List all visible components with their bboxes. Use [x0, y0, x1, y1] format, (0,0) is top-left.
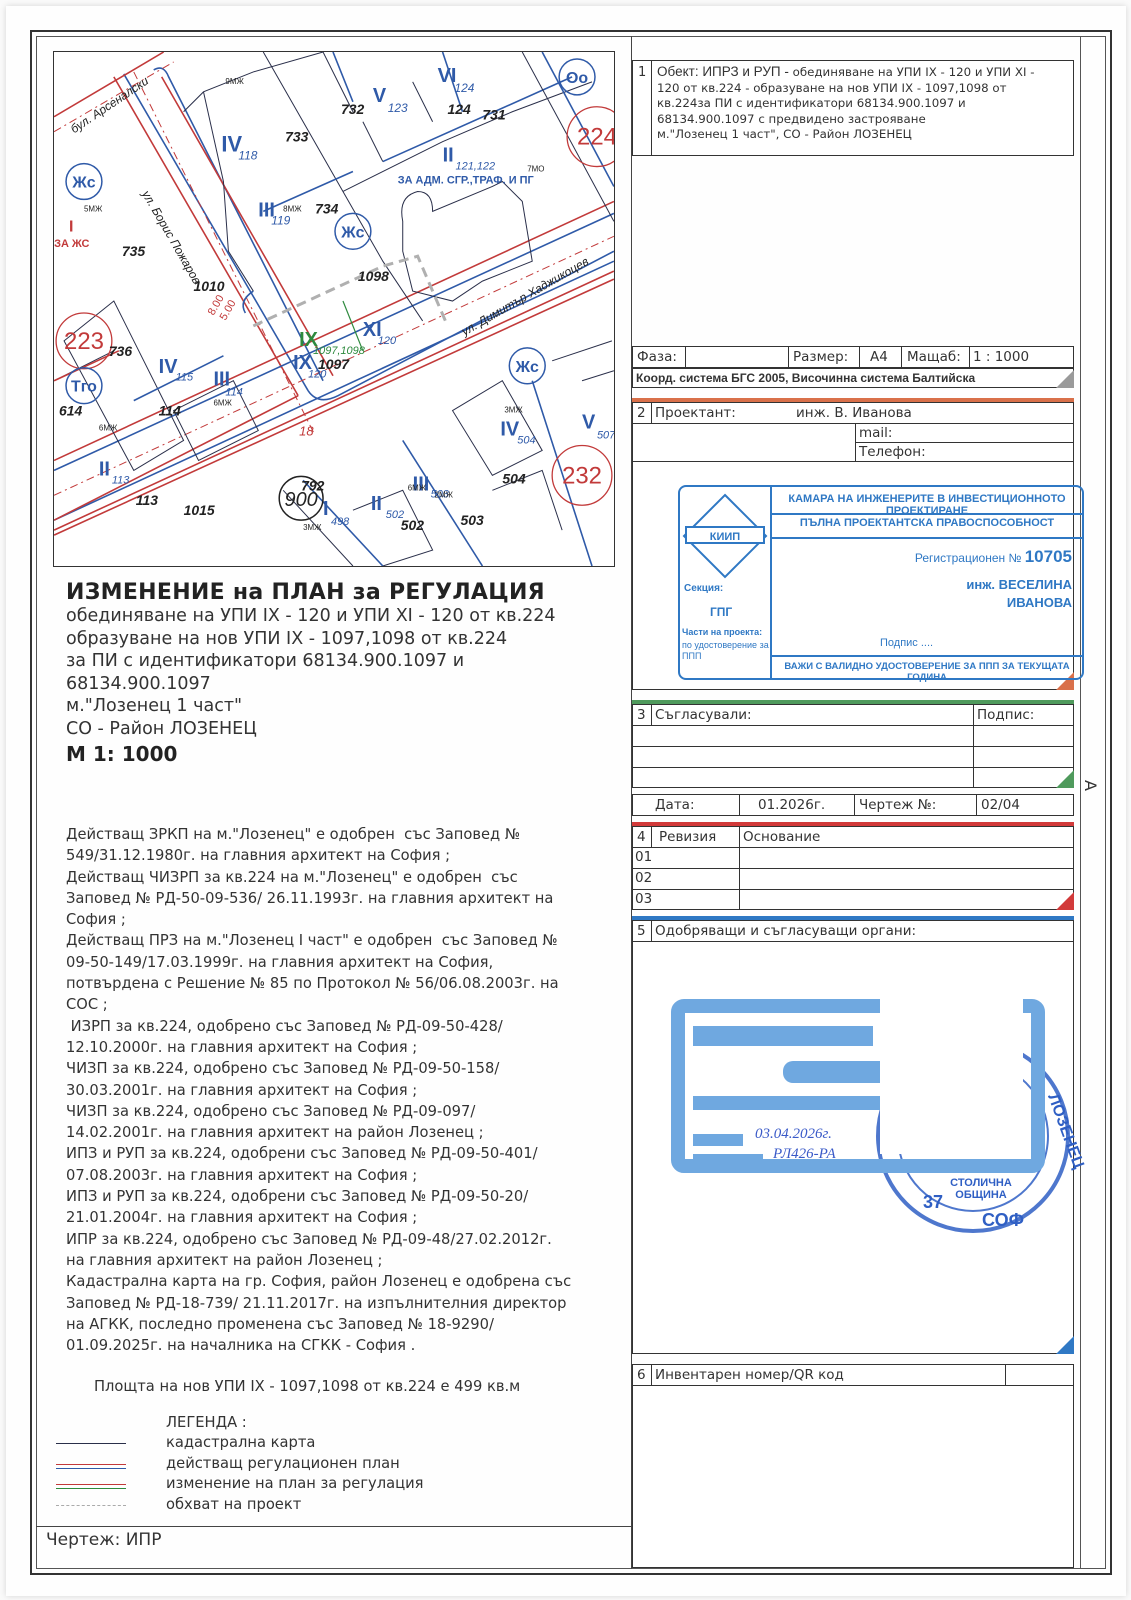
svg-text:Жс: Жс	[71, 174, 95, 191]
object-line: 120 от кв.224 - образуване на нов УПИ IX…	[657, 81, 1006, 95]
scale-value: 1 : 1000	[973, 349, 1029, 365]
drawing-title-block: ИЗМЕНЕНИЕ на ПЛАН за РЕГУЛАЦИЯ обединява…	[66, 580, 626, 766]
svg-text:120: 120	[378, 335, 396, 347]
subtitle-line: м."Лозенец 1 част"	[66, 695, 626, 718]
svg-text:I: I	[69, 218, 73, 235]
svg-text:114: 114	[225, 387, 242, 399]
phase-row: Фаза: Размер: А4 Мащаб: 1 : 1000	[632, 346, 1074, 368]
svg-text:115: 115	[176, 372, 194, 384]
title-block-panel: 1 Обект: ИПРЗ и РУП - обединяване на УПИ…	[632, 36, 1080, 1569]
section-4-revisions: 4 Ревизия Основание 01 02 03	[632, 826, 1074, 910]
kiip-logo-icon: КИИП	[680, 491, 770, 581]
svg-text:124: 124	[448, 101, 472, 117]
drawing-sheet: .cad { stroke:#2a2f4a; stroke-width:1; f…	[6, 6, 1126, 1596]
subtitle-line: за ПИ с идентификатори 68134.900.1097 и	[66, 650, 626, 673]
basis-line: ЧИЗП за кв.224, одобрено със Заповед № Р…	[66, 1058, 634, 1079]
svg-text:734: 734	[315, 200, 339, 216]
basis-line: 12.10.2000г. на главния архитект на Софи…	[66, 1037, 634, 1058]
basis-line: 07.08.2003г. на главния архитект на Софи…	[66, 1165, 634, 1186]
basis-line: на АГКК, последно променена със Заповед …	[66, 1314, 634, 1335]
basis-line: Действащ ПРЗ на м."Лозенец I част" е одо…	[66, 930, 634, 951]
legend-swatch-icon	[56, 1484, 126, 1489]
svg-text:3МЖ: 3МЖ	[303, 523, 322, 532]
svg-text:792: 792	[301, 477, 325, 493]
coord-system-row: Коорд. система БГС 2005, Височинна систе…	[632, 368, 1074, 388]
basis-line: 09-50-149/17.03.1999г. на главния архите…	[66, 952, 634, 973]
svg-text:224: 224	[577, 124, 614, 151]
area-statement: Площта на нов УПИ IX - 1097,1098 от кв.2…	[94, 1378, 520, 1395]
basis-line: 14.02.2001г. на главния архитект на райо…	[66, 1122, 634, 1143]
svg-text:РЛ426-РА: РЛ426-РА	[772, 1146, 836, 1162]
svg-text:7МО: 7МО	[527, 165, 544, 174]
legend-label: кадастрална карта	[166, 1434, 315, 1451]
object-description: Обект: ИПРЗ и РУП - обединяване на УПИ I…	[657, 64, 1072, 143]
map-drawing: .cad { stroke:#2a2f4a; stroke-width:1; f…	[54, 52, 614, 566]
svg-text:504: 504	[502, 470, 526, 486]
svg-text:503: 503	[461, 512, 485, 528]
svg-text:Жс: Жс	[515, 359, 539, 376]
svg-text:6МЖ: 6МЖ	[213, 399, 232, 408]
svg-text:5МЖ: 5МЖ	[84, 204, 103, 213]
svg-text:735: 735	[122, 243, 146, 259]
subtitle-line: СО - Район ЛОЗЕНЕЦ	[66, 718, 626, 741]
basis-line: 21.01.2004г. на главния архитект на Софи…	[66, 1207, 634, 1228]
svg-text:113: 113	[112, 474, 129, 486]
svg-text:I: I	[323, 498, 329, 520]
basis-line: потвърдена с Решение № 85 по Протокол № …	[66, 973, 634, 994]
basis-line: Заповед № РД-18-739/ 21.11.2017г. на изп…	[66, 1293, 634, 1314]
basis-line: 01.09.2025г. на началника на СГКК - Софи…	[66, 1335, 634, 1356]
svg-text:Тго: Тго	[71, 379, 97, 396]
svg-text:II: II	[99, 458, 110, 480]
svg-text:1097: 1097	[318, 356, 350, 372]
svg-text:223: 223	[64, 328, 104, 355]
svg-text:II: II	[371, 493, 382, 515]
svg-text:8МЖ: 8МЖ	[283, 204, 302, 213]
svg-text:2МЖ: 2МЖ	[435, 490, 454, 499]
basis-line: Действащ ЗРКП на м."Лозенец" е одобрен с…	[66, 824, 634, 845]
svg-text:СТОЛИЧНА: СТОЛИЧНА	[950, 1177, 1012, 1189]
svg-text:Оо: Оо	[566, 70, 588, 87]
basis-line: Заповед № РД-50-09-536/ 26.11.1993г. на …	[66, 888, 634, 909]
revision-row: 01	[635, 849, 652, 865]
object-line: м."Лозенец 1 част", СО - Район ЛОЗЕНЕЦ	[657, 127, 912, 141]
svg-text:123: 123	[388, 101, 408, 115]
svg-text:37: 37	[923, 1192, 943, 1212]
subtitle-line: 68134.900.1097	[66, 673, 626, 696]
svg-text:114: 114	[159, 403, 181, 419]
legend-label: изменение на план за регулация	[166, 1475, 424, 1492]
svg-text:124: 124	[455, 81, 475, 95]
svg-text:V: V	[373, 85, 387, 107]
basis-line: СОС ;	[66, 994, 634, 1015]
basis-line: ИПР за кв.224, одобрено със Заповед № РД…	[66, 1229, 634, 1250]
revision-row: 03	[635, 891, 652, 907]
basis-line: на главния архитект на район Лозенец ;	[66, 1250, 634, 1271]
svg-text:113: 113	[136, 492, 158, 508]
svg-text:ЗА АДМ. СГР.,ТРАФ. И ПГ: ЗА АДМ. СГР.,ТРАФ. И ПГ	[398, 174, 534, 186]
svg-text:бул. Арсеналски: бул. Арсеналски	[68, 74, 151, 137]
svg-text:507: 507	[597, 429, 614, 441]
left-panel: .cad { stroke:#2a2f4a; stroke-width:1; f…	[36, 36, 632, 1569]
svg-text:502: 502	[401, 517, 425, 533]
svg-text:232: 232	[562, 462, 602, 489]
svg-text:3МЖ: 3МЖ	[504, 406, 523, 415]
legal-basis-text: Действащ ЗРКП на м."Лозенец" е одобрен с…	[66, 824, 634, 1356]
basis-line: ИПЗ и РУП за кв.224, одобрени със Запове…	[66, 1186, 634, 1207]
svg-text:119: 119	[271, 213, 290, 227]
designer-stamp: КИИП Секция: ГПГ Части на проекта: по уд…	[678, 485, 1084, 680]
regulation-map: .cad { stroke:#2a2f4a; stroke-width:1; f…	[53, 51, 615, 567]
approval-stamp: 03.04.2026г. РЛ426-РА СТОЛИЧНА ОБЩИНА СО…	[673, 996, 1048, 1176]
svg-text:КИИП: КИИП	[710, 531, 741, 543]
sheet-letter: A	[1081, 780, 1100, 791]
svg-text:614: 614	[59, 403, 83, 419]
basis-line: 30.03.2001г. на главния архитект на Софи…	[66, 1080, 634, 1101]
basis-line: 549/31.12.1980г. на главния архитект на …	[66, 845, 634, 866]
redaction-block	[880, 996, 1023, 1154]
legend-swatch-icon	[56, 1505, 126, 1506]
legend-label: действащ регулационен план	[166, 1455, 400, 1472]
svg-text:736: 736	[109, 343, 133, 359]
section-6-inventory: 6 Инвентарен номер/QR код	[632, 1364, 1074, 1568]
drawing-number-value: 02/04	[981, 797, 1020, 813]
size-value: А4	[870, 349, 888, 365]
basis-line: Кадастрална карта на гр. София, район Ло…	[66, 1271, 634, 1292]
svg-text:03.04.2026г.: 03.04.2026г.	[755, 1126, 832, 1142]
svg-text:ЗА ЖС: ЗА ЖС	[54, 238, 89, 250]
legend-swatch-icon	[56, 1464, 126, 1469]
svg-text:1098: 1098	[358, 268, 389, 284]
svg-text:733: 733	[285, 129, 309, 145]
designer-name: инж. В. Иванова	[796, 405, 912, 421]
svg-text:V: V	[582, 412, 596, 434]
svg-text:6МЖ: 6МЖ	[99, 424, 118, 433]
svg-text:121,122: 121,122	[456, 161, 496, 173]
subtitle-line: образуване на нов УПИ IX - 1097,1098 от …	[66, 628, 626, 651]
svg-text:732: 732	[341, 101, 365, 117]
object-line: 68134.900.1097 с предвидено застрояване	[657, 112, 926, 126]
legend-label: обхват на проект	[166, 1496, 301, 1513]
main-title: ИЗМЕНЕНИЕ на ПЛАН за РЕГУЛАЦИЯ	[66, 580, 626, 605]
basis-line: ИПЗ и РУП за кв.224, одобрени със Запове…	[66, 1143, 634, 1164]
section-1-object: 1 Обект: ИПРЗ и РУП - обединяване на УПИ…	[632, 60, 1074, 156]
legend-title: ЛЕГЕНДА :	[166, 1414, 247, 1431]
svg-text:II: II	[443, 145, 454, 167]
svg-text:ОБЩИНА: ОБЩИНА	[955, 1189, 1007, 1201]
object-line: обединяване на УПИ IX - 120 и УПИ XI -	[793, 65, 1035, 79]
basis-line: София ;	[66, 909, 634, 930]
svg-text:1015: 1015	[184, 502, 215, 518]
svg-text:Жс: Жс	[340, 224, 364, 241]
basis-line: Действащ ЧИЗРП за кв.224 на м."Лозенец" …	[66, 867, 634, 888]
svg-text:118: 118	[238, 149, 257, 163]
svg-text:498: 498	[331, 516, 350, 528]
svg-text:СОФ: СОФ	[982, 1210, 1024, 1230]
legend-swatch-icon	[56, 1443, 126, 1444]
svg-text:9МЖ: 9МЖ	[225, 77, 244, 86]
basis-line: ЧИЗП за кв.224, одобрено със Заповед № Р…	[66, 1101, 634, 1122]
svg-text:504: 504	[517, 434, 535, 446]
section-2-designer: 2 Проектант: инж. В. Иванова mail: Телеф…	[632, 402, 1074, 462]
subtitle: обединяване на УПИ IX - 120 и УПИ XI - 1…	[66, 605, 626, 740]
drawing-scale: М 1: 1000	[66, 742, 626, 766]
date-row: Дата: 01.2026г. Чертеж №: 02/04	[632, 794, 1074, 816]
svg-text:18: 18	[299, 424, 314, 439]
basis-line: ИЗРП за кв.224, одобрено със Заповед № Р…	[66, 1016, 634, 1037]
subtitle-line: обединяване на УПИ IX - 120 и УПИ XI - 1…	[66, 605, 626, 628]
svg-text:6МЖ: 6МЖ	[408, 483, 427, 492]
date-value: 01.2026г.	[758, 797, 825, 813]
side-strip: A	[1080, 36, 1106, 1569]
drawing-label: Чертеж: ИПР	[36, 1526, 632, 1554]
object-line: кв.224за ПИ с идентификатори 68134.900.1…	[657, 96, 966, 110]
svg-text:731: 731	[482, 107, 505, 123]
svg-text:ул. Димитър Хаджикоцев: ул. Димитър Хаджикоцев	[458, 254, 591, 339]
revision-row: 02	[635, 870, 652, 886]
svg-text:ул. Борис Пожаров: ул. Борис Пожаров	[139, 187, 204, 286]
section-3-agreed: 3 Съгласували: Подпис:	[632, 704, 1074, 788]
